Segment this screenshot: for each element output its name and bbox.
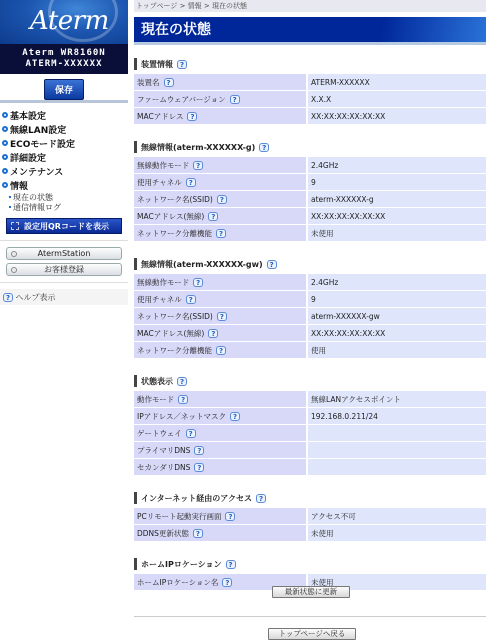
section-header: 装置情報?: [134, 57, 486, 71]
row-label-text: ネットワーク名(SSID): [137, 312, 213, 321]
help-icon[interactable]: ?: [225, 512, 235, 521]
section-title: 無線情報(aterm-XXXXXX-gw): [141, 259, 263, 270]
section-title: ホームIPロケーション: [141, 559, 222, 570]
table-row: 装置名?ATERM-XXXXXX: [134, 74, 486, 90]
row-label: ネットワーク分離機能?: [134, 225, 306, 241]
nav-label: 詳細設定: [10, 151, 46, 164]
table-row: MACアドレス(無線)?XX:XX:XX:XX:XX:XX: [134, 208, 486, 224]
aterm-logo: Aterm: [0, 0, 128, 44]
row-label: DDNS更新状態?: [134, 525, 306, 541]
row-label-text: ゲートウェイ: [137, 429, 182, 438]
row-value: XX:XX:XX:XX:XX:XX: [306, 208, 486, 224]
row-label: MACアドレス(無線)?: [134, 208, 306, 224]
section-marker: [134, 258, 137, 270]
help-icon[interactable]: ?: [216, 346, 226, 355]
bullet-icon: [2, 112, 8, 118]
row-value: [306, 425, 486, 441]
table-row: 無線動作モード?2.4GHz: [134, 157, 486, 173]
row-label-text: 無線動作モード: [137, 278, 189, 287]
bullet-icon: [2, 140, 8, 146]
nav-advanced-settings[interactable]: 詳細設定: [0, 150, 128, 164]
row-label: 装置名?: [134, 74, 306, 90]
nav-eco-mode-settings[interactable]: ECOモード設定: [0, 136, 128, 150]
section-header: 無線情報(aterm-XXXXXX-g)?: [134, 140, 486, 154]
customer-register-label: お客様登録: [7, 264, 121, 275]
divider: [0, 240, 128, 241]
left-panel: Aterm Aterm WR8160N ATERM-XXXXXX 保存 基本設定…: [0, 0, 128, 642]
row-label-text: 使用チャネル: [137, 295, 182, 304]
table-row: ゲートウェイ?: [134, 425, 486, 441]
nav-info[interactable]: 情報: [0, 178, 128, 192]
row-value: 2.4GHz: [306, 274, 486, 290]
show-qr-code-button[interactable]: 設定用QRコードを表示: [6, 218, 122, 234]
row-label: ネットワーク分離機能?: [134, 342, 306, 358]
row-label: プライマリDNS?: [134, 442, 306, 458]
row-value: 未使用: [306, 525, 486, 541]
help-icon[interactable]: ?: [186, 295, 196, 304]
help-icon[interactable]: ?: [194, 446, 204, 455]
table-row: ネットワーク名(SSID)?aterm-XXXXXX-gw: [134, 308, 486, 324]
help-icon[interactable]: ?: [193, 529, 203, 538]
qr-code-icon: [11, 222, 19, 230]
model-name: Aterm WR8160N: [0, 48, 128, 59]
row-value: アクセス不可: [306, 508, 486, 524]
help-icon: ?: [3, 293, 13, 302]
row-label: ネットワーク名(SSID)?: [134, 308, 306, 324]
section-marker: [134, 141, 137, 153]
info-section: 無線情報(aterm-XXXXXX-gw)?無線動作モード?2.4GHz使用チャ…: [134, 257, 486, 359]
section-header: インターネット経由のアクセス?: [134, 491, 486, 505]
row-label-text: 動作モード: [137, 395, 174, 404]
row-label-text: MACアドレス(無線): [137, 329, 204, 338]
table-row: IPアドレス／ネットマスク?192.168.0.211/24: [134, 408, 486, 424]
refresh-status-button[interactable]: 最新状態に更新: [272, 586, 350, 598]
table-row: MACアドレス(無線)?XX:XX:XX:XX:XX:XX: [134, 325, 486, 341]
nav-label: 無線LAN設定: [10, 123, 66, 136]
info-section: 状態表示?動作モード?無線LANアクセスポイントIPアドレス／ネットマスク?19…: [134, 374, 486, 476]
logo-text: Aterm: [30, 6, 109, 36]
info-table: 動作モード?無線LANアクセスポイントIPアドレス／ネットマスク?192.168…: [134, 390, 486, 476]
nav-wireless-lan-settings[interactable]: 無線LAN設定: [0, 122, 128, 136]
table-row: PCリモート起動実行画面?アクセス不可: [134, 508, 486, 524]
side-nav: 基本設定 無線LAN設定 ECOモード設定 詳細設定 メンテナンス 情報 現在の…: [0, 103, 128, 305]
row-value: 9: [306, 291, 486, 307]
device-info: Aterm WR8160N ATERM-XXXXXX: [0, 44, 128, 74]
table-row: ネットワーク分離機能?未使用: [134, 225, 486, 241]
help-icon[interactable]: ?: [216, 229, 226, 238]
row-label-text: プライマリDNS: [137, 446, 190, 455]
table-row: 無線動作モード?2.4GHz: [134, 274, 486, 290]
help-icon[interactable]: ?: [177, 60, 187, 69]
help-icon[interactable]: ?: [259, 143, 269, 152]
bullet-icon: [2, 182, 8, 188]
aterm-station-label: AtermStation: [7, 249, 121, 258]
row-value: aterm-XXXXXX-gw: [306, 308, 486, 324]
row-value: XX:XX:XX:XX:XX:XX: [306, 108, 486, 124]
row-value: [306, 442, 486, 458]
table-row: ネットワーク分離機能?使用: [134, 342, 486, 358]
row-label: ファームウェアバージョン?: [134, 91, 306, 107]
row-label: セカンダリDNS?: [134, 459, 306, 475]
row-value: 未使用: [306, 225, 486, 241]
breadcrumb: トップページ > 情報 > 現在の状態: [134, 0, 486, 12]
dot-icon: [9, 196, 11, 198]
help-icon[interactable]: ?: [208, 329, 218, 338]
row-value: 使用: [306, 342, 486, 358]
table-row: セカンダリDNS?: [134, 459, 486, 475]
section-header: 状態表示?: [134, 374, 486, 388]
row-label-text: 無線動作モード: [137, 161, 189, 170]
table-row: 使用チャネル?9: [134, 174, 486, 190]
help-icon[interactable]: ?: [164, 78, 174, 87]
row-label: ネットワーク名(SSID)?: [134, 191, 306, 207]
row-label: 使用チャネル?: [134, 291, 306, 307]
help-icon[interactable]: ?: [186, 178, 196, 187]
help-label: ヘルプ表示: [16, 292, 56, 303]
help-icon[interactable]: ?: [193, 278, 203, 287]
info-section: 装置情報?装置名?ATERM-XXXXXXファームウェアバージョン?X.X.XM…: [134, 57, 486, 125]
help-icon[interactable]: ?: [217, 312, 227, 321]
divider: [134, 616, 486, 617]
nav-maintenance[interactable]: メンテナンス: [0, 164, 128, 178]
row-value: aterm-XXXXXX-g: [306, 191, 486, 207]
info-table: 無線動作モード?2.4GHz使用チャネル?9ネットワーク名(SSID)?ater…: [134, 273, 486, 359]
help-icon[interactable]: ?: [187, 112, 197, 121]
row-label: MACアドレス(無線)?: [134, 325, 306, 341]
help-icon[interactable]: ?: [177, 377, 187, 386]
section-marker: [134, 58, 137, 70]
row-label: 無線動作モード?: [134, 274, 306, 290]
customer-register-button[interactable]: お客様登録: [6, 263, 122, 276]
help-icon[interactable]: ?: [222, 578, 232, 587]
row-label: IPアドレス／ネットマスク?: [134, 408, 306, 424]
help-icon[interactable]: ?: [217, 195, 227, 204]
nav-current-status[interactable]: 現在の状態: [0, 192, 128, 202]
row-value: 192.168.0.211/24: [306, 408, 486, 424]
dot-icon: [9, 206, 11, 208]
device-name: ATERM-XXXXXX: [0, 59, 128, 70]
table-row: プライマリDNS?: [134, 442, 486, 458]
help-icon[interactable]: ?: [226, 560, 236, 569]
nav-label: 基本設定: [10, 109, 46, 122]
row-label-text: 使用チャネル: [137, 178, 182, 187]
section-header: ホームIPロケーション?: [134, 557, 486, 571]
save-button[interactable]: 保存: [44, 79, 84, 100]
row-label-text: ネットワーク分離機能: [137, 229, 212, 238]
row-label-text: ネットワーク名(SSID): [137, 195, 213, 204]
row-label-text: DDNS更新状態: [137, 529, 189, 538]
row-value: [306, 459, 486, 475]
table-row: 使用チャネル?9: [134, 291, 486, 307]
row-value: 2.4GHz: [306, 157, 486, 173]
section-title: 装置情報: [141, 59, 173, 70]
row-value: 無線LANアクセスポイント: [306, 391, 486, 407]
section-title: 状態表示: [141, 376, 173, 387]
section-title: インターネット経由のアクセス: [141, 493, 252, 504]
nav-label: ECOモード設定: [10, 137, 75, 150]
row-label-text: MACアドレス(無線): [137, 212, 204, 221]
table-row: MACアドレス?XX:XX:XX:XX:XX:XX: [134, 108, 486, 124]
qr-button-label: 設定用QRコードを表示: [24, 221, 109, 232]
nav-communication-log[interactable]: 通信情報ログ: [0, 202, 128, 212]
row-value: ATERM-XXXXXX: [306, 74, 486, 90]
row-label: 使用チャネル?: [134, 174, 306, 190]
help-icon[interactable]: ?: [256, 494, 266, 503]
help-icon[interactable]: ?: [208, 212, 218, 221]
row-value: 9: [306, 174, 486, 190]
row-label-text: IPアドレス／ネットマスク: [137, 412, 226, 421]
page-title: 現在の状態: [134, 17, 486, 45]
table-row: ネットワーク名(SSID)?aterm-XXXXXX-g: [134, 191, 486, 207]
section-marker: [134, 375, 137, 387]
row-label-text: ホームIPロケーション名: [137, 578, 218, 587]
row-label-text: 装置名: [137, 78, 160, 87]
row-label-text: PCリモート起動実行画面: [137, 512, 221, 521]
row-value: X.X.X: [306, 91, 486, 107]
info-table: 装置名?ATERM-XXXXXXファームウェアバージョン?X.X.XMACアドレ…: [134, 73, 486, 125]
status-sections: 装置情報?装置名?ATERM-XXXXXXファームウェアバージョン?X.X.XM…: [134, 57, 486, 591]
aterm-station-button[interactable]: AtermStation: [6, 247, 122, 260]
help-icon[interactable]: ?: [230, 412, 240, 421]
nav-label: 情報: [10, 179, 28, 192]
row-label: 無線動作モード?: [134, 157, 306, 173]
section-title: 無線情報(aterm-XXXXXX-g): [141, 142, 255, 153]
help-icon[interactable]: ?: [178, 395, 188, 404]
help-icon[interactable]: ?: [193, 161, 203, 170]
row-value: XX:XX:XX:XX:XX:XX: [306, 325, 486, 341]
table-row: 動作モード?無線LANアクセスポイント: [134, 391, 486, 407]
info-table: PCリモート起動実行画面?アクセス不可DDNS更新状態?未使用: [134, 507, 486, 542]
nav-sub-label: 通信情報ログ: [13, 202, 61, 213]
main-content: トップページ > 情報 > 現在の状態 現在の状態 装置情報?装置名?ATERM…: [134, 0, 486, 591]
help-icon[interactable]: ?: [267, 260, 277, 269]
table-row: ファームウェアバージョン?X.X.X: [134, 91, 486, 107]
section-marker: [134, 492, 137, 504]
back-to-top-button[interactable]: トップページへ戻る: [268, 628, 356, 640]
row-label: MACアドレス?: [134, 108, 306, 124]
help-icon[interactable]: ?: [230, 95, 240, 104]
bullet-icon: [2, 168, 8, 174]
row-label-text: ファームウェアバージョン: [137, 95, 226, 104]
help-icon[interactable]: ?: [186, 429, 196, 438]
save-area: 保存: [0, 74, 128, 103]
section-marker: [134, 558, 137, 570]
nav-label: メンテナンス: [10, 165, 63, 178]
bullet-icon: [2, 154, 8, 160]
section-header: 無線情報(aterm-XXXXXX-gw)?: [134, 257, 486, 271]
help-icon[interactable]: ?: [194, 463, 204, 472]
row-label-text: ネットワーク分離機能: [137, 346, 212, 355]
row-label: PCリモート起動実行画面?: [134, 508, 306, 524]
info-section: 無線情報(aterm-XXXXXX-g)?無線動作モード?2.4GHz使用チャネ…: [134, 140, 486, 242]
help-display-link[interactable]: ? ヘルプ表示: [0, 289, 128, 305]
table-row: DDNS更新状態?未使用: [134, 525, 486, 541]
divider: [0, 282, 128, 283]
row-label: ゲートウェイ?: [134, 425, 306, 441]
row-label-text: セカンダリDNS: [137, 463, 190, 472]
bullet-icon: [2, 126, 8, 132]
nav-basic-settings[interactable]: 基本設定: [0, 108, 128, 122]
row-label-text: MACアドレス: [137, 112, 183, 121]
info-table: 無線動作モード?2.4GHz使用チャネル?9ネットワーク名(SSID)?ater…: [134, 156, 486, 242]
row-label: 動作モード?: [134, 391, 306, 407]
info-section: インターネット経由のアクセス?PCリモート起動実行画面?アクセス不可DDNS更新…: [134, 491, 486, 542]
